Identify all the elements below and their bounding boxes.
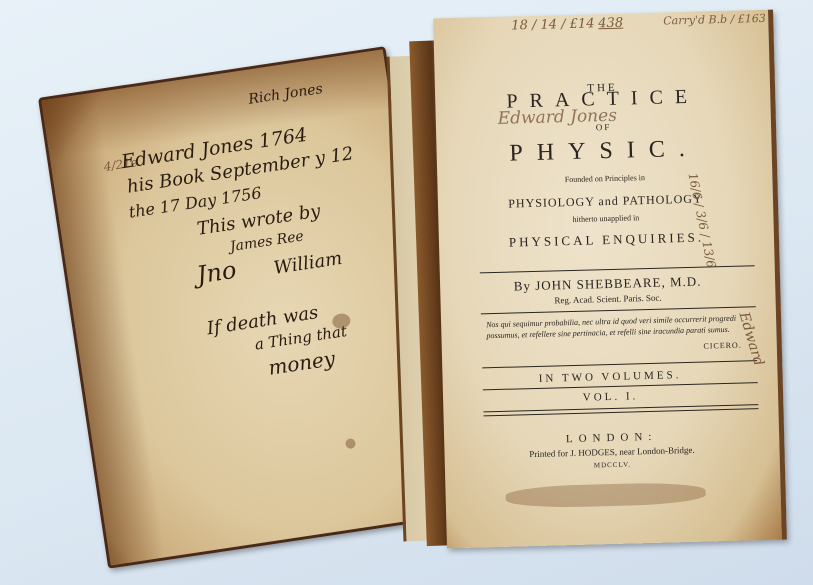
inscription: William [272, 248, 343, 279]
latin-quote: Nos qui sequimur probabilia, nec ultra i… [441, 312, 776, 343]
subjects-line: PHYSIOLOGY and PATHOLOGY [438, 190, 773, 214]
ink-stain [345, 438, 356, 449]
founded-line: Founded on Principles in [437, 170, 772, 188]
inscription: money [267, 346, 337, 380]
title-physic: PHYSIC. [436, 134, 772, 170]
enquiries-line: PHYSICAL ENQUIRIES. [439, 228, 774, 253]
ink-smear [505, 482, 706, 509]
annotation: 18 / 14 / £14 [511, 16, 595, 33]
applied-line: hitherto unapplied in [438, 210, 773, 228]
divider [482, 360, 757, 368]
annotation: 438 [598, 16, 623, 32]
annotation: Edward Jones [498, 106, 618, 129]
quote-source: CICERO. [442, 340, 777, 358]
inscription: Jno [195, 256, 238, 290]
volumes-line: IN TWO VOLUMES. [442, 367, 777, 388]
right-book-title-page: THE PRACTICE OF PHYSIC. Founded on Princ… [433, 10, 787, 549]
annotation: Carry'd B.b / £163 [663, 12, 766, 28]
